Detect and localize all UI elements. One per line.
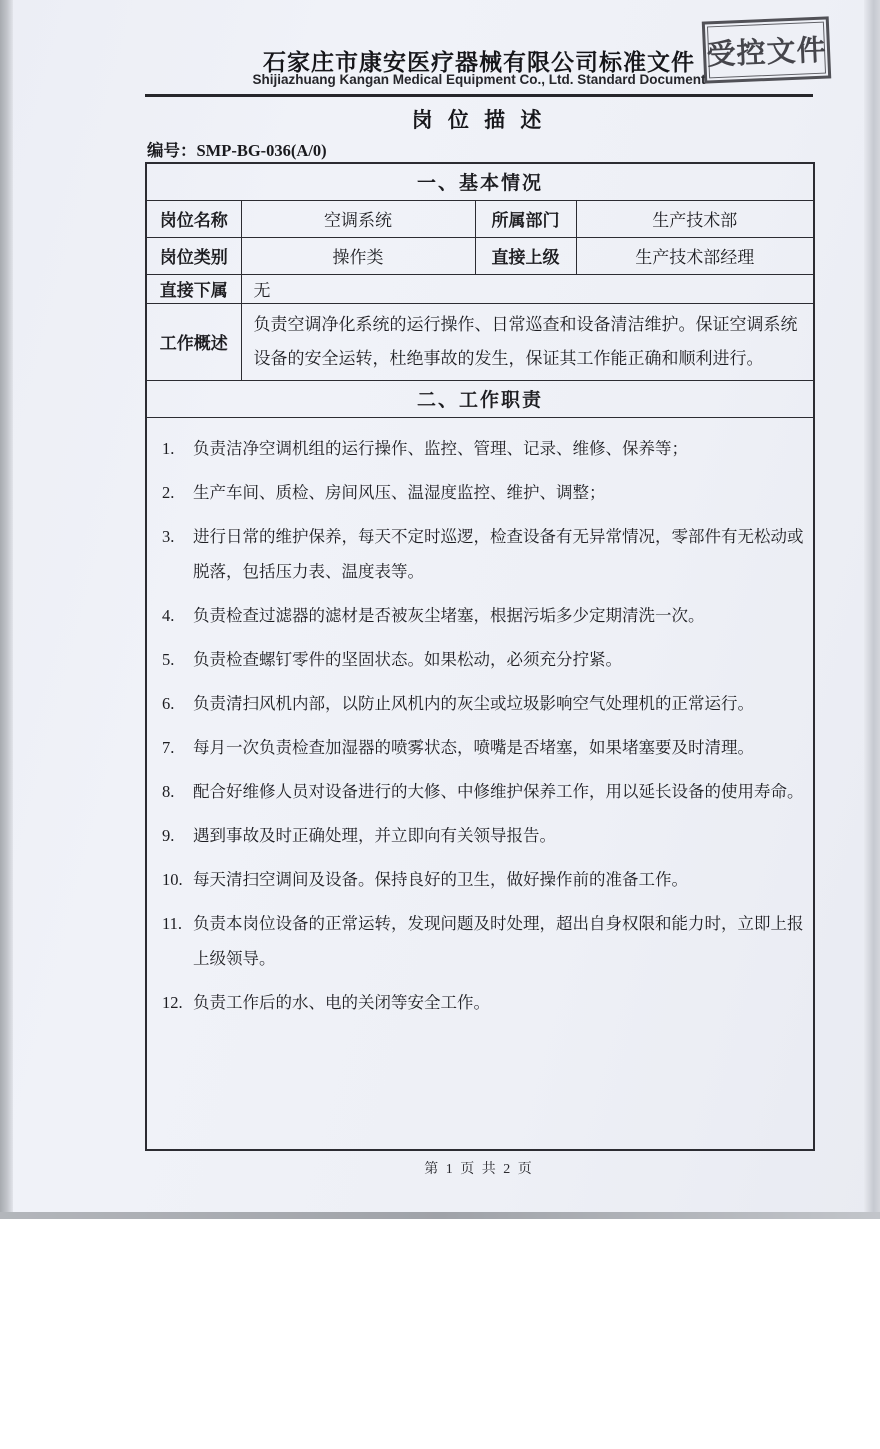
table-row: 岗位名称 空调系统 所属部门 生产技术部 xyxy=(146,200,814,237)
job-title-value: 空调系统 xyxy=(241,200,475,237)
page-number: 第 1 页 共 2 页 xyxy=(145,1158,813,1178)
job-title-label: 岗位名称 xyxy=(146,200,241,237)
duties-cell: 1.负责洁净空调机组的运行操作、监控、管理、记录、维修、保养等； 2.生产车间、… xyxy=(146,417,814,1150)
document-number-value: SMP-BG-036(A/0) xyxy=(197,141,327,160)
duties-list: 1.负责洁净空调机组的运行操作、监控、管理、记录、维修、保养等； 2.生产车间、… xyxy=(162,431,805,1020)
table-row: 工作概述 负责空调净化系统的运行操作、日常巡查和设备清洁维护。保证空调系统设备的… xyxy=(146,303,814,380)
work-overview-label: 工作概述 xyxy=(146,303,241,380)
job-description-table: 一、基本情况 岗位名称 空调系统 所属部门 生产技术部 岗位类别 操作类 直接上… xyxy=(145,162,815,1151)
duty-number: 7. xyxy=(162,730,193,765)
department-label: 所属部门 xyxy=(475,200,576,237)
scanner-edge-right xyxy=(864,0,880,1212)
document-title: 岗 位 描 述 xyxy=(145,104,813,134)
duty-number: 6. xyxy=(162,686,193,721)
duty-item-8: 8.配合好维修人员对设备进行的大修、中修维护保养工作，用以延长设备的使用寿命。 xyxy=(162,774,805,809)
duty-text: 负责本岗位设备的正常运转，发现问题及时处理，超出自身权限和能力时，立即上报上级领… xyxy=(193,906,805,976)
duty-text: 负责检查螺钉零件的坚固状态。如果松动，必须充分拧紧。 xyxy=(193,642,805,677)
duty-text: 进行日常的维护保养，每天不定时巡逻，检查设备有无异常情况，零部件有无松动或脱落，… xyxy=(193,519,805,589)
duty-text: 每天清扫空调间及设备。保持良好的卫生，做好操作前的准备工作。 xyxy=(193,862,805,897)
table-row: 岗位类别 操作类 直接上级 生产技术部经理 xyxy=(146,237,814,274)
duty-number: 9. xyxy=(162,818,193,853)
duty-text: 负责检查过滤器的滤材是否被灰尘堵塞，根据污垢多少定期清洗一次。 xyxy=(193,598,805,633)
duty-number: 5. xyxy=(162,642,193,677)
scanned-page: 石家庄市康安医疗器械有限公司标准文件 Shijiazhuang Kangan M… xyxy=(0,0,880,1212)
direct-superior-value: 生产技术部经理 xyxy=(576,237,814,274)
subordinates-value: 无 xyxy=(241,274,814,303)
job-category-value: 操作类 xyxy=(241,237,475,274)
duty-item-2: 2.生产车间、质检、房间风压、温湿度监控、维护、调整； xyxy=(162,475,805,510)
duty-number: 12. xyxy=(162,985,193,1020)
duty-item-12: 12.负责工作后的水、电的关闭等安全工作。 xyxy=(162,985,805,1020)
duty-number: 8. xyxy=(162,774,193,809)
duty-number: 10. xyxy=(162,862,193,897)
work-overview-text: 负责空调净化系统的运行操作、日常巡查和设备清洁维护。保证空调系统设备的安全运转，… xyxy=(241,303,814,380)
duty-text: 遇到事故及时正确处理，并立即向有关领导报告。 xyxy=(193,818,805,853)
section1-header-row: 一、基本情况 xyxy=(146,163,814,200)
duty-item-9: 9.遇到事故及时正确处理，并立即向有关领导报告。 xyxy=(162,818,805,853)
duty-item-11: 11.负责本岗位设备的正常运转，发现问题及时处理，超出自身权限和能力时，立即上报… xyxy=(162,906,805,976)
duty-text: 负责清扫风机内部，以防止风机内的灰尘或垃圾影响空气处理机的正常运行。 xyxy=(193,686,805,721)
duty-item-10: 10.每天清扫空调间及设备。保持良好的卫生，做好操作前的准备工作。 xyxy=(162,862,805,897)
duty-number: 3. xyxy=(162,519,193,554)
section2-title: 二、工作职责 xyxy=(146,380,814,417)
duty-text: 每月一次负责检查加湿器的喷雾状态，喷嘴是否堵塞，如果堵塞要及时清理。 xyxy=(193,730,805,765)
header-rule xyxy=(145,94,813,97)
direct-superior-label: 直接上级 xyxy=(475,237,576,274)
duty-item-5: 5.负责检查螺钉零件的坚固状态。如果松动，必须充分拧紧。 xyxy=(162,642,805,677)
section2-header-row: 二、工作职责 xyxy=(146,380,814,417)
controlled-document-stamp: 受控文件 xyxy=(702,16,831,83)
duty-item-4: 4.负责检查过滤器的滤材是否被灰尘堵塞，根据污垢多少定期清洗一次。 xyxy=(162,598,805,633)
duty-item-1: 1.负责洁净空调机组的运行操作、监控、管理、记录、维修、保养等； xyxy=(162,431,805,466)
duty-number: 11. xyxy=(162,906,193,941)
page-bottom-shadow xyxy=(0,1212,880,1219)
document-number: 编号：SMP-BG-036(A/0) xyxy=(147,137,327,161)
subordinates-label: 直接下属 xyxy=(146,274,241,303)
table-row: 直接下属 无 xyxy=(146,274,814,303)
duty-number: 4. xyxy=(162,598,193,633)
duty-item-3: 3.进行日常的维护保养，每天不定时巡逻，检查设备有无异常情况，零部件有无松动或脱… xyxy=(162,519,805,589)
duty-number: 1. xyxy=(162,431,193,466)
job-category-label: 岗位类别 xyxy=(146,237,241,274)
duty-text: 生产车间、质检、房间风压、温湿度监控、维护、调整； xyxy=(193,475,805,510)
duty-text: 负责洁净空调机组的运行操作、监控、管理、记录、维修、保养等； xyxy=(193,431,805,466)
document-number-label: 编号： xyxy=(147,141,197,160)
duties-row: 1.负责洁净空调机组的运行操作、监控、管理、记录、维修、保养等； 2.生产车间、… xyxy=(146,417,814,1150)
scanner-edge-left xyxy=(0,0,13,1212)
duty-item-6: 6.负责清扫风机内部，以防止风机内的灰尘或垃圾影响空气处理机的正常运行。 xyxy=(162,686,805,721)
duty-text: 负责工作后的水、电的关闭等安全工作。 xyxy=(193,985,805,1020)
duty-item-7: 7.每月一次负责检查加湿器的喷雾状态，喷嘴是否堵塞，如果堵塞要及时清理。 xyxy=(162,730,805,765)
department-value: 生产技术部 xyxy=(576,200,814,237)
controlled-document-stamp-text: 受控文件 xyxy=(707,22,826,79)
section1-title: 一、基本情况 xyxy=(146,163,814,200)
duty-text: 配合好维修人员对设备进行的大修、中修维护保养工作，用以延长设备的使用寿命。 xyxy=(193,774,805,809)
duty-number: 2. xyxy=(162,475,193,510)
